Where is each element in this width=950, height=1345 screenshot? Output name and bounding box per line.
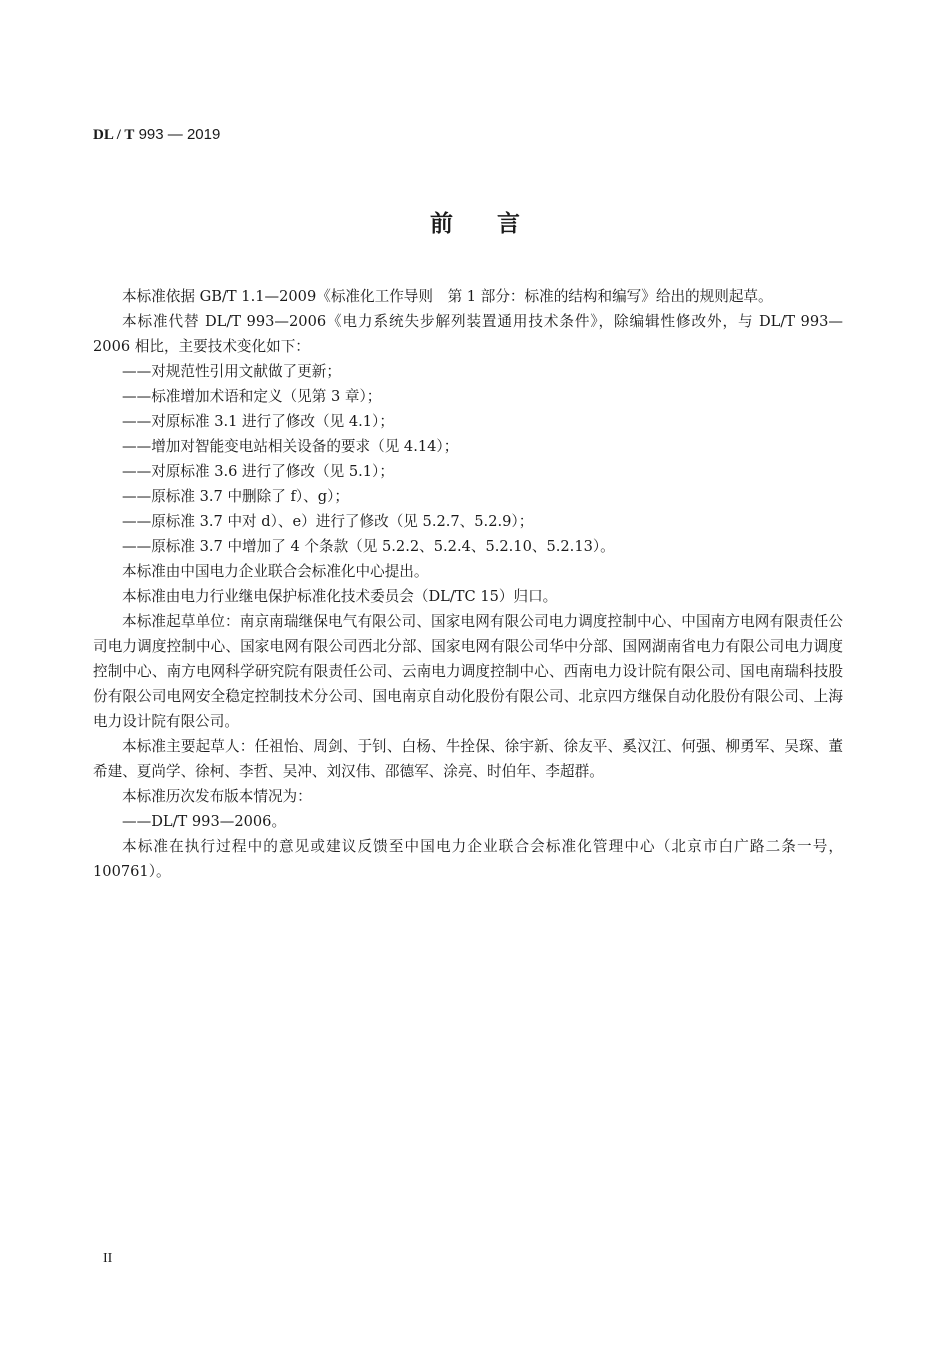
page-number: II xyxy=(103,1251,112,1267)
change-item: ——对原标准 3.6 进行了修改（见 5.1）； xyxy=(93,459,843,484)
change-item: ——对规范性引用文献做了更新； xyxy=(93,359,843,384)
change-item: ——原标准 3.7 中增加了 4 个条款（见 5.2.2、5.2.4、5.2.1… xyxy=(93,534,843,559)
foreword-body: 本标准依据 GB/T 1.1—2009《标准化工作导则 第 1 部分：标准的结构… xyxy=(93,284,843,884)
paragraph-feedback: 本标准在执行过程中的意见或建议反馈至中国电力企业联合会标准化管理中心（北京市白广… xyxy=(93,834,843,884)
paragraph-proposed-by: 本标准由中国电力企业联合会标准化中心提出。 xyxy=(93,559,843,584)
change-item: ——原标准 3.7 中对 d）、e）进行了修改（见 5.2.7、5.2.9）； xyxy=(93,509,843,534)
paragraph-history-intro: 本标准历次发布版本情况为： xyxy=(93,784,843,809)
paragraph-drafters: 本标准主要起草人：任祖怡、周剑、于钊、白杨、牛拴保、徐宇新、徐友平、奚汉江、何强… xyxy=(93,734,843,784)
change-item: ——对原标准 3.1 进行了修改（见 4.1）； xyxy=(93,409,843,434)
page-title: 前言 xyxy=(0,205,950,238)
title-char-2: 言 xyxy=(497,211,520,237)
paragraph-basis: 本标准依据 GB/T 1.1—2009《标准化工作导则 第 1 部分：标准的结构… xyxy=(93,284,843,309)
change-item: ——原标准 3.7 中删除了 f）、g）； xyxy=(93,484,843,509)
paragraph-drafting-units: 本标准起草单位：南京南瑞继保电气有限公司、国家电网有限公司电力调度控制中心、中国… xyxy=(93,609,843,734)
paragraph-centralized-by: 本标准由电力行业继电保护标准化技术委员会（DL/TC 15）归口。 xyxy=(93,584,843,609)
history-item: ——DL/T 993—2006。 xyxy=(93,809,843,834)
change-item: ——标准增加术语和定义（见第 3 章）； xyxy=(93,384,843,409)
standard-code-header: DL / T 993 — 2019 xyxy=(93,126,220,144)
standard-code-number: 993 — 2019 xyxy=(134,126,220,143)
standard-code-prefix: DL / T xyxy=(93,127,134,143)
paragraph-replaces: 本标准代替 DL/T 993—2006《电力系统失步解列装置通用技术条件》，除编… xyxy=(93,309,843,359)
change-item: ——增加对智能变电站相关设备的要求（见 4.14）； xyxy=(93,434,843,459)
title-char-1: 前 xyxy=(430,211,453,237)
